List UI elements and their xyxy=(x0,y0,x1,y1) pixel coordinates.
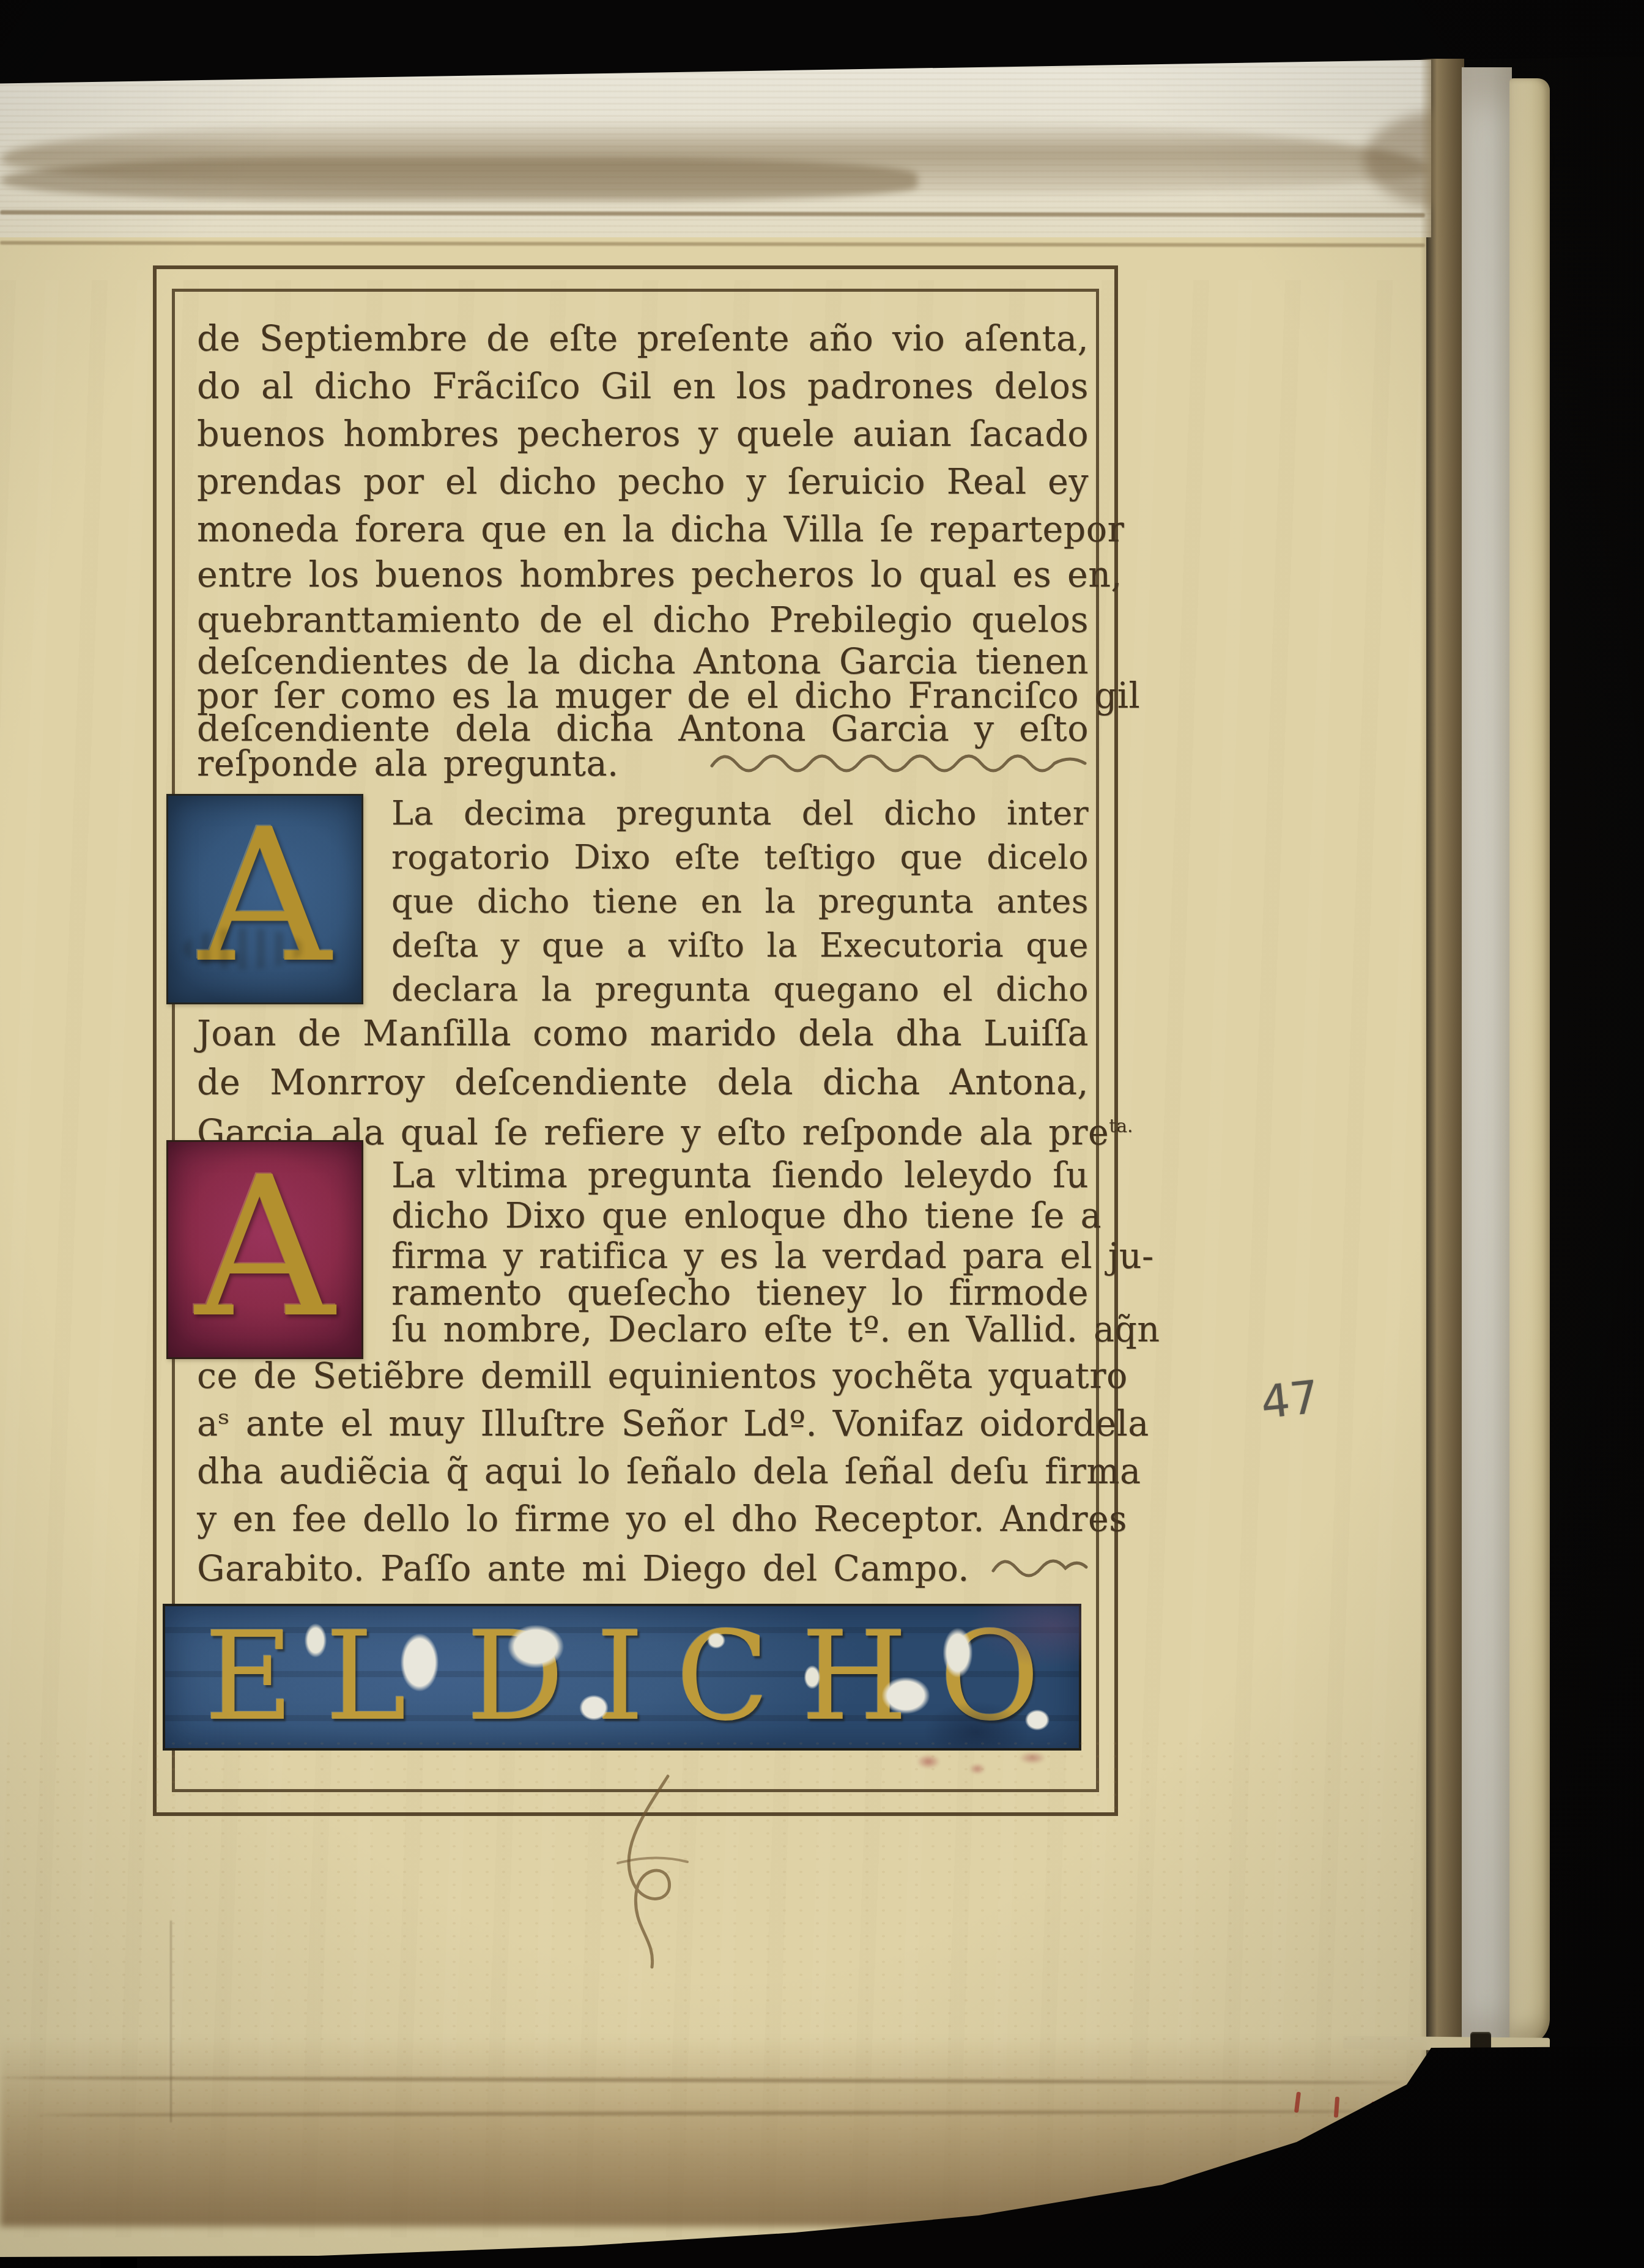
line-text: firma y ratifica y es la verdad para el … xyxy=(391,1236,1154,1277)
manuscript-line: buenos hombres pecheros y quele auian ſa… xyxy=(197,413,1089,458)
line-text: prendas por el dicho pecho y ſeruicio Re… xyxy=(197,462,1089,502)
line-text: ce de Setiẽbre demill equinientos yochẽt… xyxy=(197,1356,1128,1396)
line-text: declara la pregunta quegano el dicho xyxy=(391,970,1089,1009)
manuscript-line: prendas por el dicho pecho y ſeruicio Re… xyxy=(197,461,1089,506)
folio-number-pencil: 47 xyxy=(1259,1371,1322,1429)
manuscript-line: y en fee dello lo firme yo el dho Recept… xyxy=(197,1498,1089,1543)
line-text: que dicho tiene en la pregunta antes xyxy=(391,882,1089,921)
manuscript-line: rogatorio Dixo eſte teſtigo que dicelo xyxy=(391,836,1089,881)
manuscript-line: Garabito. Paſſo ante mi Diego del Campo. xyxy=(197,1545,1089,1590)
fore-edge-leaf xyxy=(1462,67,1512,2040)
line-text: rogatorio Dixo eſte teſtigo que dicelo xyxy=(391,838,1089,876)
line-text: reſponde ala pregunta. xyxy=(197,743,619,785)
parchment-crease xyxy=(170,1921,172,2122)
line-text: moneda forera que en la dicha Villa ſe r… xyxy=(197,510,1124,550)
line-text: y en fee dello lo firme yo el dho Recept… xyxy=(197,1499,1127,1540)
manuscript-line: entre los buenos hombres pecheros lo qua… xyxy=(197,554,1089,599)
manuscript-line: La decima pregunta del dicho inter xyxy=(391,792,1089,837)
line-text: quebranttamiento de el dicho Prebilegio … xyxy=(197,600,1089,640)
pen-flourish-line xyxy=(991,1554,1089,1582)
line-text: dha audiẽcia q̃ aqui lo ſeñalo dela ſeña… xyxy=(197,1451,1141,1492)
manuscript-line: do al dicho Frãciſco Gil en los padrones… xyxy=(197,365,1089,410)
line-text: de Septiembre de eſte preſente año vio a… xyxy=(197,319,1089,359)
cover-board-edge xyxy=(1509,78,1550,2047)
line-text: Garabito. Paſſo ante mi Diego del Campo. xyxy=(197,1547,969,1590)
line-text: Joan de Manſilla como marido dela dha Lu… xyxy=(197,1014,1089,1054)
manuscript-line: deſta y que a viſto la Executoria que xyxy=(391,924,1089,969)
line-text: ramento queſecho tieney lo firmode xyxy=(391,1273,1089,1313)
line-text: buenos hombres pecheros y quele auian ſa… xyxy=(197,414,1089,454)
parchment-follicle-texture xyxy=(0,1737,1426,2202)
line-text: ſu nombre, Declaro eſte tº. en Vallid. a… xyxy=(391,1310,1160,1350)
manuscript-line: dha audiẽcia q̃ aqui lo ſeñalo dela ſeña… xyxy=(197,1450,1089,1495)
line-text: de Monrroy deſcendiente dela dicha Anton… xyxy=(197,1062,1089,1103)
manuscript-line: ce de Setiẽbre demill equinientos yochẽt… xyxy=(197,1355,1089,1400)
line-text: La vltima pregunta ſiendo leleydo ſu xyxy=(391,1155,1089,1196)
manuscript-line: quebranttamiento de el dicho Prebilegio … xyxy=(197,599,1089,644)
line-text: La decima pregunta del dicho inter xyxy=(391,794,1089,832)
abbreviation-superscript: ta. xyxy=(1109,1116,1133,1137)
line-text: deſta y que a viſto la Executoria que xyxy=(391,926,1089,965)
line-text: do al dicho Frãciſco Gil en los padrones… xyxy=(197,366,1089,407)
manuscript-line: declara la pregunta quegano el dicho xyxy=(391,968,1089,1014)
page-deckle-edge xyxy=(1420,59,1464,2077)
manuscript-line: moneda forera que en la dicha Villa ſe r… xyxy=(197,508,1089,554)
manuscript-line: de Monrroy deſcendiente dela dicha Anton… xyxy=(197,1061,1089,1106)
water-stain-band xyxy=(0,158,917,201)
banner-damage-overlay xyxy=(163,1604,1081,1751)
manuscript-line: dicho Dixo que enloque dho tiene ſe a xyxy=(391,1195,1089,1240)
photo-backdrop: { "scene": { "description": "Illuminated… xyxy=(0,0,1644,2268)
pen-flourish-line xyxy=(709,749,1089,777)
manuscript-line: que dicho tiene en la pregunta antes xyxy=(391,880,1089,925)
backdrop-seam xyxy=(100,2257,137,2268)
manuscript-line: Joan de Manſilla como marido dela dha Lu… xyxy=(197,1012,1089,1058)
manuscript-line: ſu nombre, Declaro eſte tº. en Vallid. a… xyxy=(391,1308,1089,1354)
line-text: entre los buenos hombres pecheros lo qua… xyxy=(197,555,1122,595)
initial-block-red: A xyxy=(166,1140,363,1359)
manuscript-line: aˢ ante el muy Illuſtre Señor Ldº. Vonif… xyxy=(197,1403,1089,1448)
manuscript-line: de Septiembre de eſte preſente año vio a… xyxy=(197,317,1089,363)
showthrough-marks xyxy=(183,928,303,969)
line-text: aˢ ante el muy Illuſtre Señor Ldº. Vonif… xyxy=(197,1404,1149,1444)
manuscript-line: reſponde ala pregunta. xyxy=(197,740,1089,785)
line-text: dicho Dixo que enloque dho tiene ſe a xyxy=(391,1196,1102,1236)
manuscript-line: La vltima pregunta ſiendo leleydo ſu xyxy=(391,1154,1089,1199)
initial-block-blue: A xyxy=(166,794,363,1004)
illuminated-banner: ELDICHO xyxy=(163,1604,1081,1751)
initial-letter: A xyxy=(168,1142,361,1354)
